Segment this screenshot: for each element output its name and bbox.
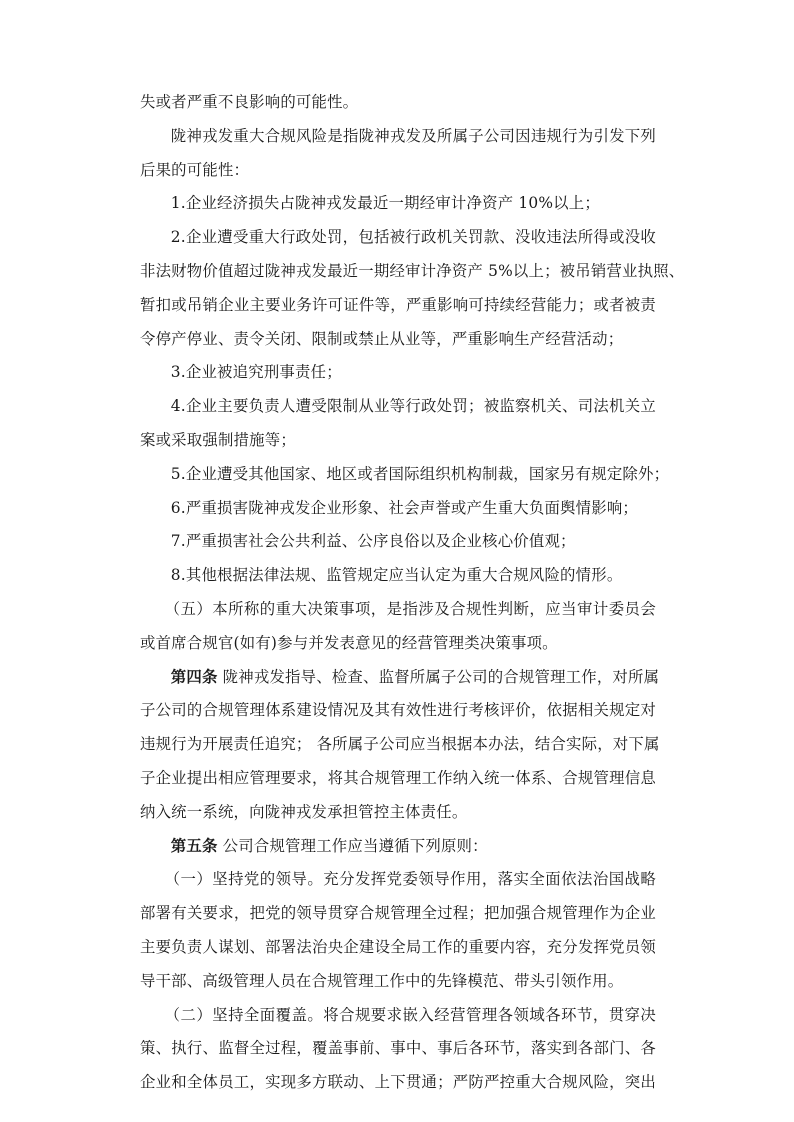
list-item: 8.其他根据法律法规、监管规定应当认定为重大合规风险的情形。 <box>140 559 656 593</box>
text-line: 纳入统一系统，向陇神戎发承担管控主体责任。 <box>140 796 656 830</box>
article-line: 第五条 公司合规管理工作应当遵循下列原则： <box>140 830 656 864</box>
text-line: 子企业提出相应管理要求，将其合规管理工作纳入统一体系、合规管理信息 <box>140 762 656 796</box>
text-line: 主要负责人谋划、部署法治央企建设全局工作的重要内容，充分发挥党员领 <box>140 931 656 965</box>
text-line: 后果的可能性： <box>140 154 656 188</box>
list-item: 3.企业被追究刑事责任； <box>140 356 656 390</box>
list-item: 6.严重损害陇神戎发企业形象、社会声誉或产生重大负面舆情影响； <box>140 492 656 526</box>
clause-line: （五）本所称的重大决策事项，是指涉及合规性判断，应当审计委员会 <box>140 593 656 627</box>
list-item: 1.企业经济损失占陇神戎发最近一期经审计净资产 10%以上； <box>140 187 656 221</box>
article-text: 公司合规管理工作应当遵循下列原则： <box>218 837 488 855</box>
clause-line: （一）坚持党的领导。充分发挥党委领导作用，落实全面依法治国战略 <box>140 863 656 897</box>
text-line: 或首席合规官(如有)参与并发表意见的经营管理类决策事项。 <box>140 627 656 661</box>
list-item: 2.企业遭受重大行政处罚，包括被行政机关罚款、没收违法所得或没收 <box>140 221 656 255</box>
text-line: 非法财物价值超过陇神戎发最近一期经审计净资产 5%以上；被吊销营业执照、 <box>140 255 656 289</box>
article-heading: 第五条 <box>171 837 218 855</box>
clause-line: （二）坚持全面覆盖。将合规要求嵌入经营管理各领域各环节，贯穿决 <box>140 999 656 1033</box>
text-line: 暂扣或吊销企业主要业务许可证件等，严重影响可持续经营能力；或者被责 <box>140 289 656 323</box>
text-line: 失或者严重不良影响的可能性。 <box>140 86 656 120</box>
article-heading: 第四条 <box>171 668 218 686</box>
list-item: 4.企业主要负责人遭受限制从业等行政处罚；被监察机关、司法机关立 <box>140 390 656 424</box>
text-line: 企业和全体员工，实现多方联动、上下贯通；严防严控重大合规风险，突出 <box>140 1066 656 1100</box>
text-line: 导干部、高级管理人员在合规管理工作中的先锋模范、带头引领作用。 <box>140 965 656 999</box>
text-line: 策、执行、监督全过程，覆盖事前、事中、事后各环节，落实到各部门、各 <box>140 1032 656 1066</box>
text-line: 子公司的合规管理体系建设情况及其有效性进行考核评价，依据相关规定对 <box>140 694 656 728</box>
text-line: 陇神戎发重大合规风险是指陇神戎发及所属子公司因违规行为引发下列 <box>140 120 656 154</box>
text-line: 违规行为开展责任追究； 各所属子公司应当根据本办法，结合实际，对下属 <box>140 728 656 762</box>
text-line: 部署有关要求，把党的领导贯穿合规管理全过程；把加强合规管理作为企业 <box>140 897 656 931</box>
document-page: 失或者严重不良影响的可能性。 陇神戎发重大合规风险是指陇神戎发及所属子公司因违规… <box>140 86 656 1100</box>
article-line: 第四条 陇神戎发指导、检查、监督所属子公司的合规管理工作，对所属 <box>140 661 656 695</box>
article-text: 陇神戎发指导、检查、监督所属子公司的合规管理工作，对所属 <box>218 668 660 686</box>
list-item: 7.严重损害社会公共利益、公序良俗以及企业核心价值观； <box>140 525 656 559</box>
list-item: 5.企业遭受其他国家、地区或者国际组织机构制裁，国家另有规定除外； <box>140 458 656 492</box>
text-line: 令停产停业、责令关闭、限制或禁止从业等，严重影响生产经营活动； <box>140 323 656 357</box>
text-line: 案或采取强制措施等； <box>140 424 656 458</box>
